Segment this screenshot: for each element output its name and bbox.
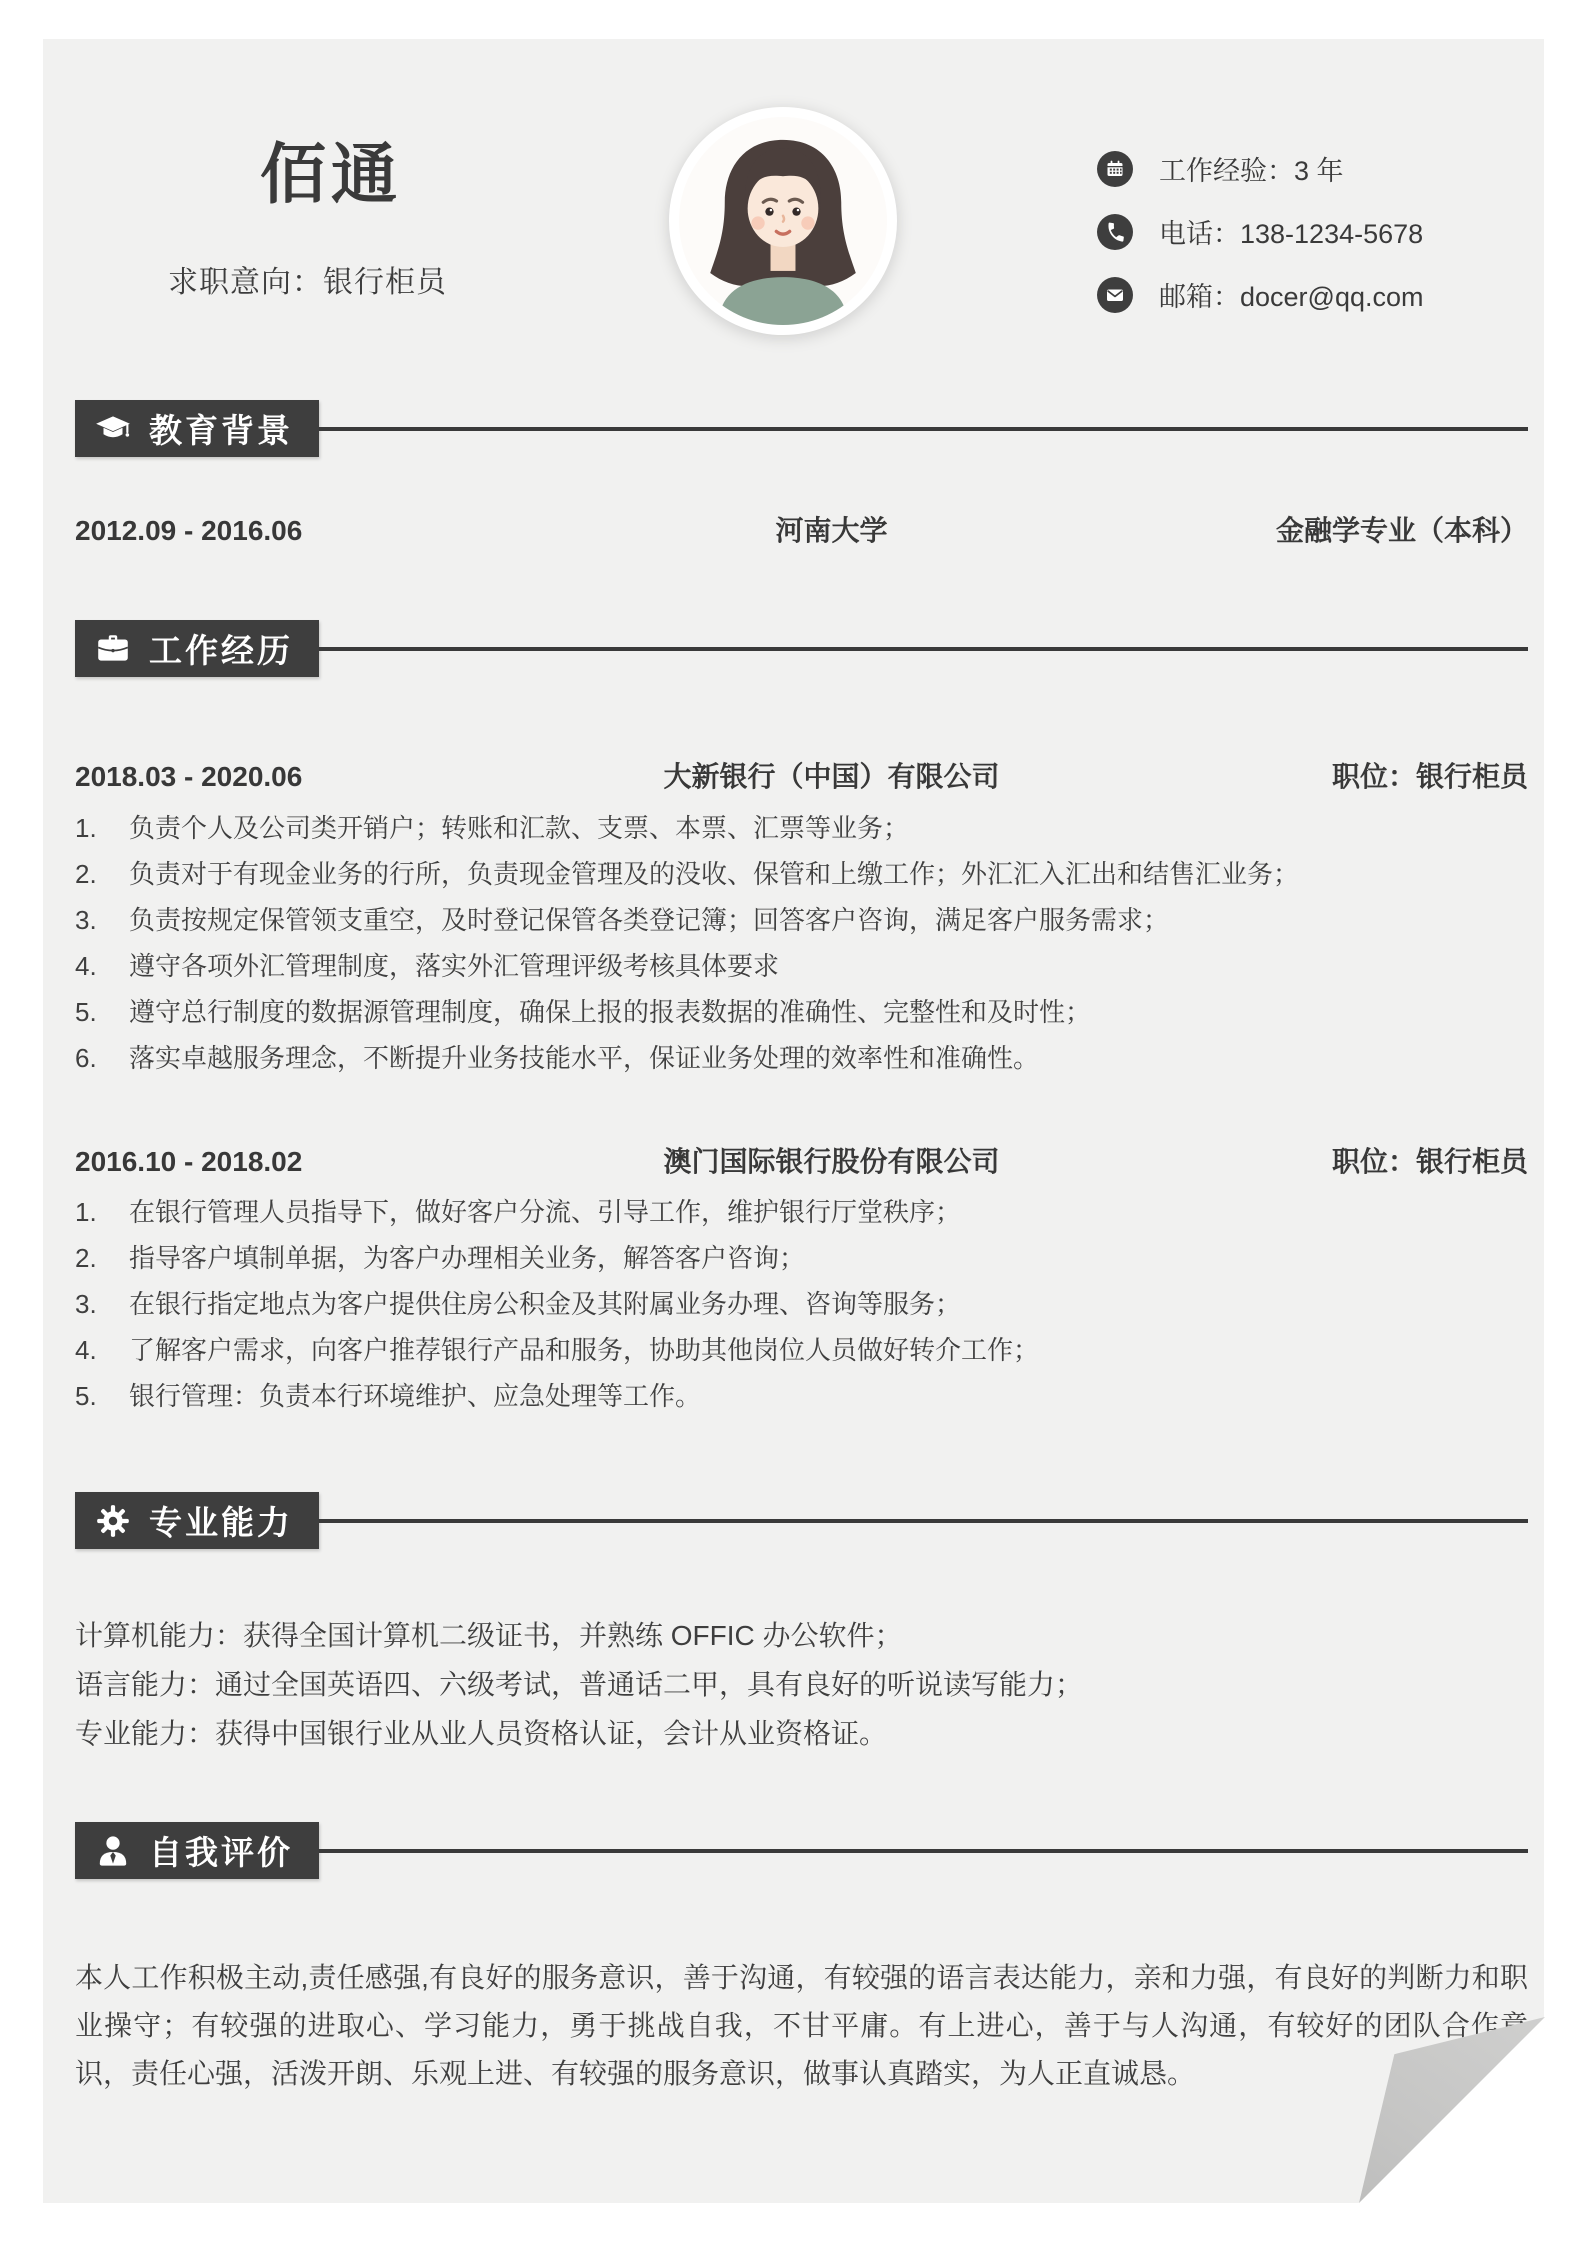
education-school: 河南大学 [415,509,1248,549]
skill-item: 计算机能力：获得全国计算机二级证书，并熟练 OFFIC 办公软件； [75,1611,1528,1660]
resume-page: 佰通 求职意向：银行柜员 [43,39,1544,2203]
duty-item: 2. 负责对于有现金业务的行所，负责现金管理及的没收、保管和上缴工作；外汇汇入汇… [75,851,1528,897]
job-position: 职位：银行柜员 [1248,755,1528,795]
duty-item: 4. 遵守各项外汇管理制度，落实外汇管理评级考核具体要求 [75,943,1528,989]
candidate-name: 佰通 [260,135,402,214]
job-company: 大新银行（中国）有限公司 [415,755,1248,795]
duty-number: 3. [75,1281,129,1327]
evaluation-badge: 自我评价 [75,1822,319,1879]
duty-item: 3. 负责按规定保管领支重空，及时登记保管各类登记簿；回答客户咨询，满足客户服务… [75,897,1528,943]
skills-list: 计算机能力：获得全国计算机二级证书，并熟练 OFFIC 办公软件； 语言能力：通… [75,1611,1528,1758]
contact-email: 邮箱：docer@qq.com [1097,275,1424,314]
document-canvas: 佰通 求职意向：银行柜员 [0,0,1587,2245]
job-duties-list: 1. 负责个人及公司类开销户；转账和汇款、支票、本票、汇票等业务； 2. 负责对… [75,805,1528,1081]
education-entry: 2012.09 - 2016.06 河南大学 金融学专业（本科） [75,509,1528,549]
job-period: 2016.10 - 2018.02 [75,1146,415,1178]
job-position: 职位：银行柜员 [1248,1140,1528,1180]
section-rule [319,1849,1528,1853]
duty-text: 负责个人及公司类开销户；转账和汇款、支票、本票、汇票等业务； [129,805,909,851]
gear-icon [94,1502,132,1540]
duty-text: 遵守各项外汇管理制度，落实外汇管理评级考核具体要求 [129,943,779,989]
education-period: 2012.09 - 2016.06 [75,515,415,547]
phone-label: 电话：138-1234-5678 [1159,212,1423,251]
person-icon [94,1832,132,1870]
duty-item: 4. 了解客户需求，向客户推荐银行产品和服务，协助其他岗位人员做好转介工作； [75,1327,1528,1373]
experience-label: 工作经验：3 年 [1159,149,1344,188]
job-company: 澳门国际银行股份有限公司 [415,1140,1248,1180]
evaluation-title: 自我评价 [149,1827,293,1874]
duty-number: 6. [75,1035,129,1081]
duty-item: 2. 指导客户填制单据，为客户办理相关业务，解答客户咨询； [75,1235,1528,1281]
work-badge: 工作经历 [75,620,319,677]
section-header-work: 工作经历 [75,620,1528,677]
job-intent: 求职意向：银行柜员 [168,257,447,301]
duty-item: 1. 负责个人及公司类开销户；转账和汇款、支票、本票、汇票等业务； [75,805,1528,851]
section-header-education: 教育背景 [75,400,1528,457]
duty-text: 银行管理：负责本行环境维护、应急处理等工作。 [129,1373,701,1419]
job-header: 2016.10 - 2018.02 澳门国际银行股份有限公司 职位：银行柜员 [75,1140,1528,1180]
duty-item: 5. 银行管理：负责本行环境维护、应急处理等工作。 [75,1373,1528,1419]
section-rule [319,427,1528,431]
contact-experience: 工作经验：3 年 [1097,149,1424,188]
duty-number: 2. [75,851,129,897]
education-badge: 教育背景 [75,400,319,457]
duty-number: 4. [75,943,129,989]
skills-badge: 专业能力 [75,1492,319,1549]
skill-item: 语言能力：通过全国英语四、六级考试，普通话二甲，具有良好的听说读写能力； [75,1660,1528,1709]
duty-number: 5. [75,1373,129,1419]
email-label: 邮箱：docer@qq.com [1159,275,1424,314]
duty-item: 6. 落实卓越服务理念，不断提升业务技能水平，保证业务处理的效率性和准确性。 [75,1035,1528,1081]
skills-title: 专业能力 [149,1497,293,1544]
duty-number: 4. [75,1327,129,1373]
duty-text: 负责按规定保管领支重空，及时登记保管各类登记簿；回答客户咨询，满足客户服务需求； [129,897,1169,943]
job-period: 2018.03 - 2020.06 [75,761,415,793]
graduation-cap-icon [94,410,132,448]
job-duties-list: 1. 在银行管理人员指导下，做好客户分流、引导工作，维护银行厅堂秩序； 2. 指… [75,1189,1528,1419]
duty-text: 在银行管理人员指导下，做好客户分流、引导工作，维护银行厅堂秩序； [129,1189,961,1235]
section-header-evaluation: 自我评价 [75,1822,1528,1879]
duty-number: 5. [75,989,129,1035]
skill-item: 专业能力：获得中国银行业从业人员资格认证，会计从业资格证。 [75,1709,1528,1758]
phone-icon [1097,214,1133,250]
contact-phone: 电话：138-1234-5678 [1097,212,1424,251]
contact-info: 工作经验：3 年 电话：138-1234-5678 邮箱：docer@qq [1097,149,1424,314]
calendar-icon [1097,151,1133,187]
duty-text: 遵守总行制度的数据源管理制度，确保上报的报表数据的准确性、完整性和及时性； [129,989,1091,1035]
duty-number: 2. [75,1235,129,1281]
avatar-illustration [679,117,887,325]
duty-item: 3. 在银行指定地点为客户提供住房公积金及其附属业务办理、咨询等服务； [75,1281,1528,1327]
section-header-skills: 专业能力 [75,1492,1528,1549]
briefcase-icon [94,630,132,668]
duty-number: 3. [75,897,129,943]
education-major: 金融学专业（本科） [1248,509,1528,549]
duty-text: 负责对于有现金业务的行所，负责现金管理及的没收、保管和上缴工作；外汇汇入汇出和结… [129,851,1299,897]
education-title: 教育背景 [149,405,293,452]
work-title: 工作经历 [149,625,293,672]
duty-item: 5. 遵守总行制度的数据源管理制度，确保上报的报表数据的准确性、完整性和及时性； [75,989,1528,1035]
duty-number: 1. [75,805,129,851]
duty-text: 了解客户需求，向客户推荐银行产品和服务，协助其他岗位人员做好转介工作； [129,1327,1039,1373]
duty-number: 1. [75,1189,129,1235]
duty-text: 落实卓越服务理念，不断提升业务技能水平，保证业务处理的效率性和准确性。 [129,1035,1039,1081]
evaluation-text: 本人工作积极主动,责任感强,有良好的服务意识，善于沟通，有较强的语言表达能力，亲… [75,1954,1528,2098]
section-rule [319,647,1528,651]
section-rule [319,1519,1528,1523]
avatar [669,107,897,335]
envelope-icon [1097,277,1133,313]
duty-text: 在银行指定地点为客户提供住房公积金及其附属业务办理、咨询等服务； [129,1281,961,1327]
duty-text: 指导客户填制单据，为客户办理相关业务，解答客户咨询； [129,1235,805,1281]
duty-item: 1. 在银行管理人员指导下，做好客户分流、引导工作，维护银行厅堂秩序； [75,1189,1528,1235]
job-header: 2018.03 - 2020.06 大新银行（中国）有限公司 职位：银行柜员 [75,755,1528,795]
